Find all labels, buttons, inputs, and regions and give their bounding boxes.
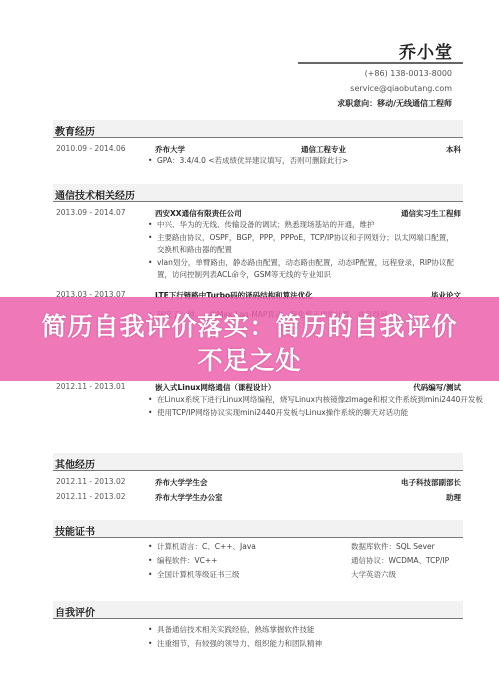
section-title: 教育经历 <box>55 123 95 138</box>
resume-page: 乔小堂 (+86) 138-0013-8000 service@qiaobuta… <box>0 0 499 686</box>
banner-title-line-1: 简历自我评价落实：简历的自我评价 <box>0 307 499 343</box>
self-evaluation-bullets: 具备通信技术相关实践经验，熟练掌握软件技能 注重细节，有较强的领导力、组织能力和… <box>146 623 463 651</box>
bullet-item: 注重细节，有较强的领导力、组织能力和团队精神 <box>146 637 463 651</box>
bullet-item: GPA：3.4/4.0 <若成绩优异建议填写，否则可删除此行> <box>146 155 463 168</box>
section-skills: 技能证书 计算机语言：C、C++、Java 数据库软件：SQL Sever 编程… <box>53 520 463 582</box>
bullet-item: 主要路由协议，OSPF，BGP，PPP，PPPoE，TCP/IP协议和子网划分；… <box>146 232 461 257</box>
org-name: 乔布大学学生会 <box>155 477 208 488</box>
date-range: 2012.11 - 2013.02 <box>56 492 126 501</box>
candidate-name: 乔小堂 <box>399 38 453 63</box>
section-self-evaluation: 自我评价 具备通信技术相关实践经验，熟练掌握软件技能 注重细节，有较强的领导力、… <box>53 601 463 651</box>
name-divider <box>298 62 463 64</box>
job-role: 助理 <box>446 492 461 503</box>
section-header: 自我评价 <box>53 601 463 619</box>
job-role: 通信实习生工程师 <box>401 208 461 219</box>
bullet-item: vlan划分，单臂路由，静态路由配置，动态路由配置，动态IP配置，远程登录，RI… <box>146 257 461 282</box>
job-role: 电子科技部副部长 <box>401 477 461 488</box>
skill-item: 编程软件：VC++ <box>146 554 351 568</box>
skill-item: 大学英语六级 <box>351 568 499 582</box>
degree: 本科 <box>446 144 461 155</box>
project-name: 嵌入式Linux网络通信（课程设计） <box>155 382 275 393</box>
title-banner: 简历自我评价落实：简历的自我评价 不足之处 <box>0 297 499 381</box>
skill-item: 全国计算机等级证书三级 <box>146 568 351 582</box>
banner-title-line-2: 不足之处 <box>0 341 499 377</box>
skills-grid: 计算机语言：C、C++、Java 数据库软件：SQL Sever 编程软件：VC… <box>146 538 463 582</box>
bullet-item: 使用TCP/IP网络协议实现mini2440开发板与Linux操作系统的聊天对话… <box>146 407 499 420</box>
email-address: service@qiaobutang.com <box>350 84 452 93</box>
resume-header: 乔小堂 (+86) 138-0013-8000 service@qiaobuta… <box>0 0 499 115</box>
major: 通信工程专业 <box>301 144 346 155</box>
job-objective: 求职意向：移动/无线通信工程师 <box>337 98 452 109</box>
experience-bullets: 在Linux系统下进行Linux网络编程，烧写Linux内核镜像zImage和根… <box>146 394 499 419</box>
date-range: 2010.09 - 2014.06 <box>56 144 126 153</box>
other-row: 2012.11 - 2013.02 乔布大学学生办公室 助理 <box>53 488 463 503</box>
section-title: 技能证书 <box>55 523 95 538</box>
skill-item: 计算机语言：C、C++、Java <box>146 540 351 554</box>
school-name: 乔布大学 <box>155 144 185 155</box>
skill-item: 数据库软件：SQL Sever <box>351 540 499 554</box>
section-header: 技能证书 <box>53 520 463 538</box>
education-row: 2010.09 - 2014.06 乔布大学 通信工程专业 本科 <box>53 140 463 155</box>
other-row: 2012.11 - 2013.02 乔布大学学生会 电子科技部副部长 <box>53 473 463 488</box>
section-header: 通信技术相关经历 <box>53 184 463 202</box>
bullet-item: 中兴、华为的无线、传输设备的调试；熟悉现场基站的开通，维护 <box>146 219 461 232</box>
section-title: 自我评价 <box>55 604 95 619</box>
section-other-experience: 其他经历 2012.11 - 2013.02 乔布大学学生会 电子科技部副部长 … <box>53 453 463 503</box>
org-name: 乔布大学学生办公室 <box>155 492 223 503</box>
date-range: 2013.09 - 2014.07 <box>56 208 126 217</box>
section-title: 通信技术相关经历 <box>55 187 135 202</box>
phone-number: (+86) 138-0013-8000 <box>365 69 452 78</box>
job-role: 代码编写/测试 <box>413 382 461 393</box>
company-name: 西安XX通信有限责任公司 <box>155 208 242 219</box>
date-range: 2012.11 - 2013.02 <box>56 477 126 486</box>
education-bullets: GPA：3.4/4.0 <若成绩优异建议填写，否则可删除此行> <box>146 155 463 168</box>
bullet-item: 具备通信技术相关实践经验，熟练掌握软件技能 <box>146 623 463 637</box>
experience-row: 2013.09 - 2014.07 西安XX通信有限责任公司 通信实习生工程师 <box>53 204 463 219</box>
section-education: 教育经历 2010.09 - 2014.06 乔布大学 通信工程专业 本科 GP… <box>53 120 463 168</box>
bullet-item: 在Linux系统下进行Linux网络编程，烧写Linux内核镜像zImage和根… <box>146 394 499 407</box>
section-header: 其他经历 <box>53 453 463 471</box>
date-range: 2012.11 - 2013.01 <box>56 382 126 391</box>
experience-bullets: 中兴、华为的无线、传输设备的调试；熟悉现场基站的开通，维护 主要路由协议，OSP… <box>146 219 461 282</box>
section-title: 其他经历 <box>55 456 95 471</box>
section-header: 教育经历 <box>53 120 463 138</box>
skill-item: 通信协议：WCDMA、TCP/IP <box>351 554 499 568</box>
